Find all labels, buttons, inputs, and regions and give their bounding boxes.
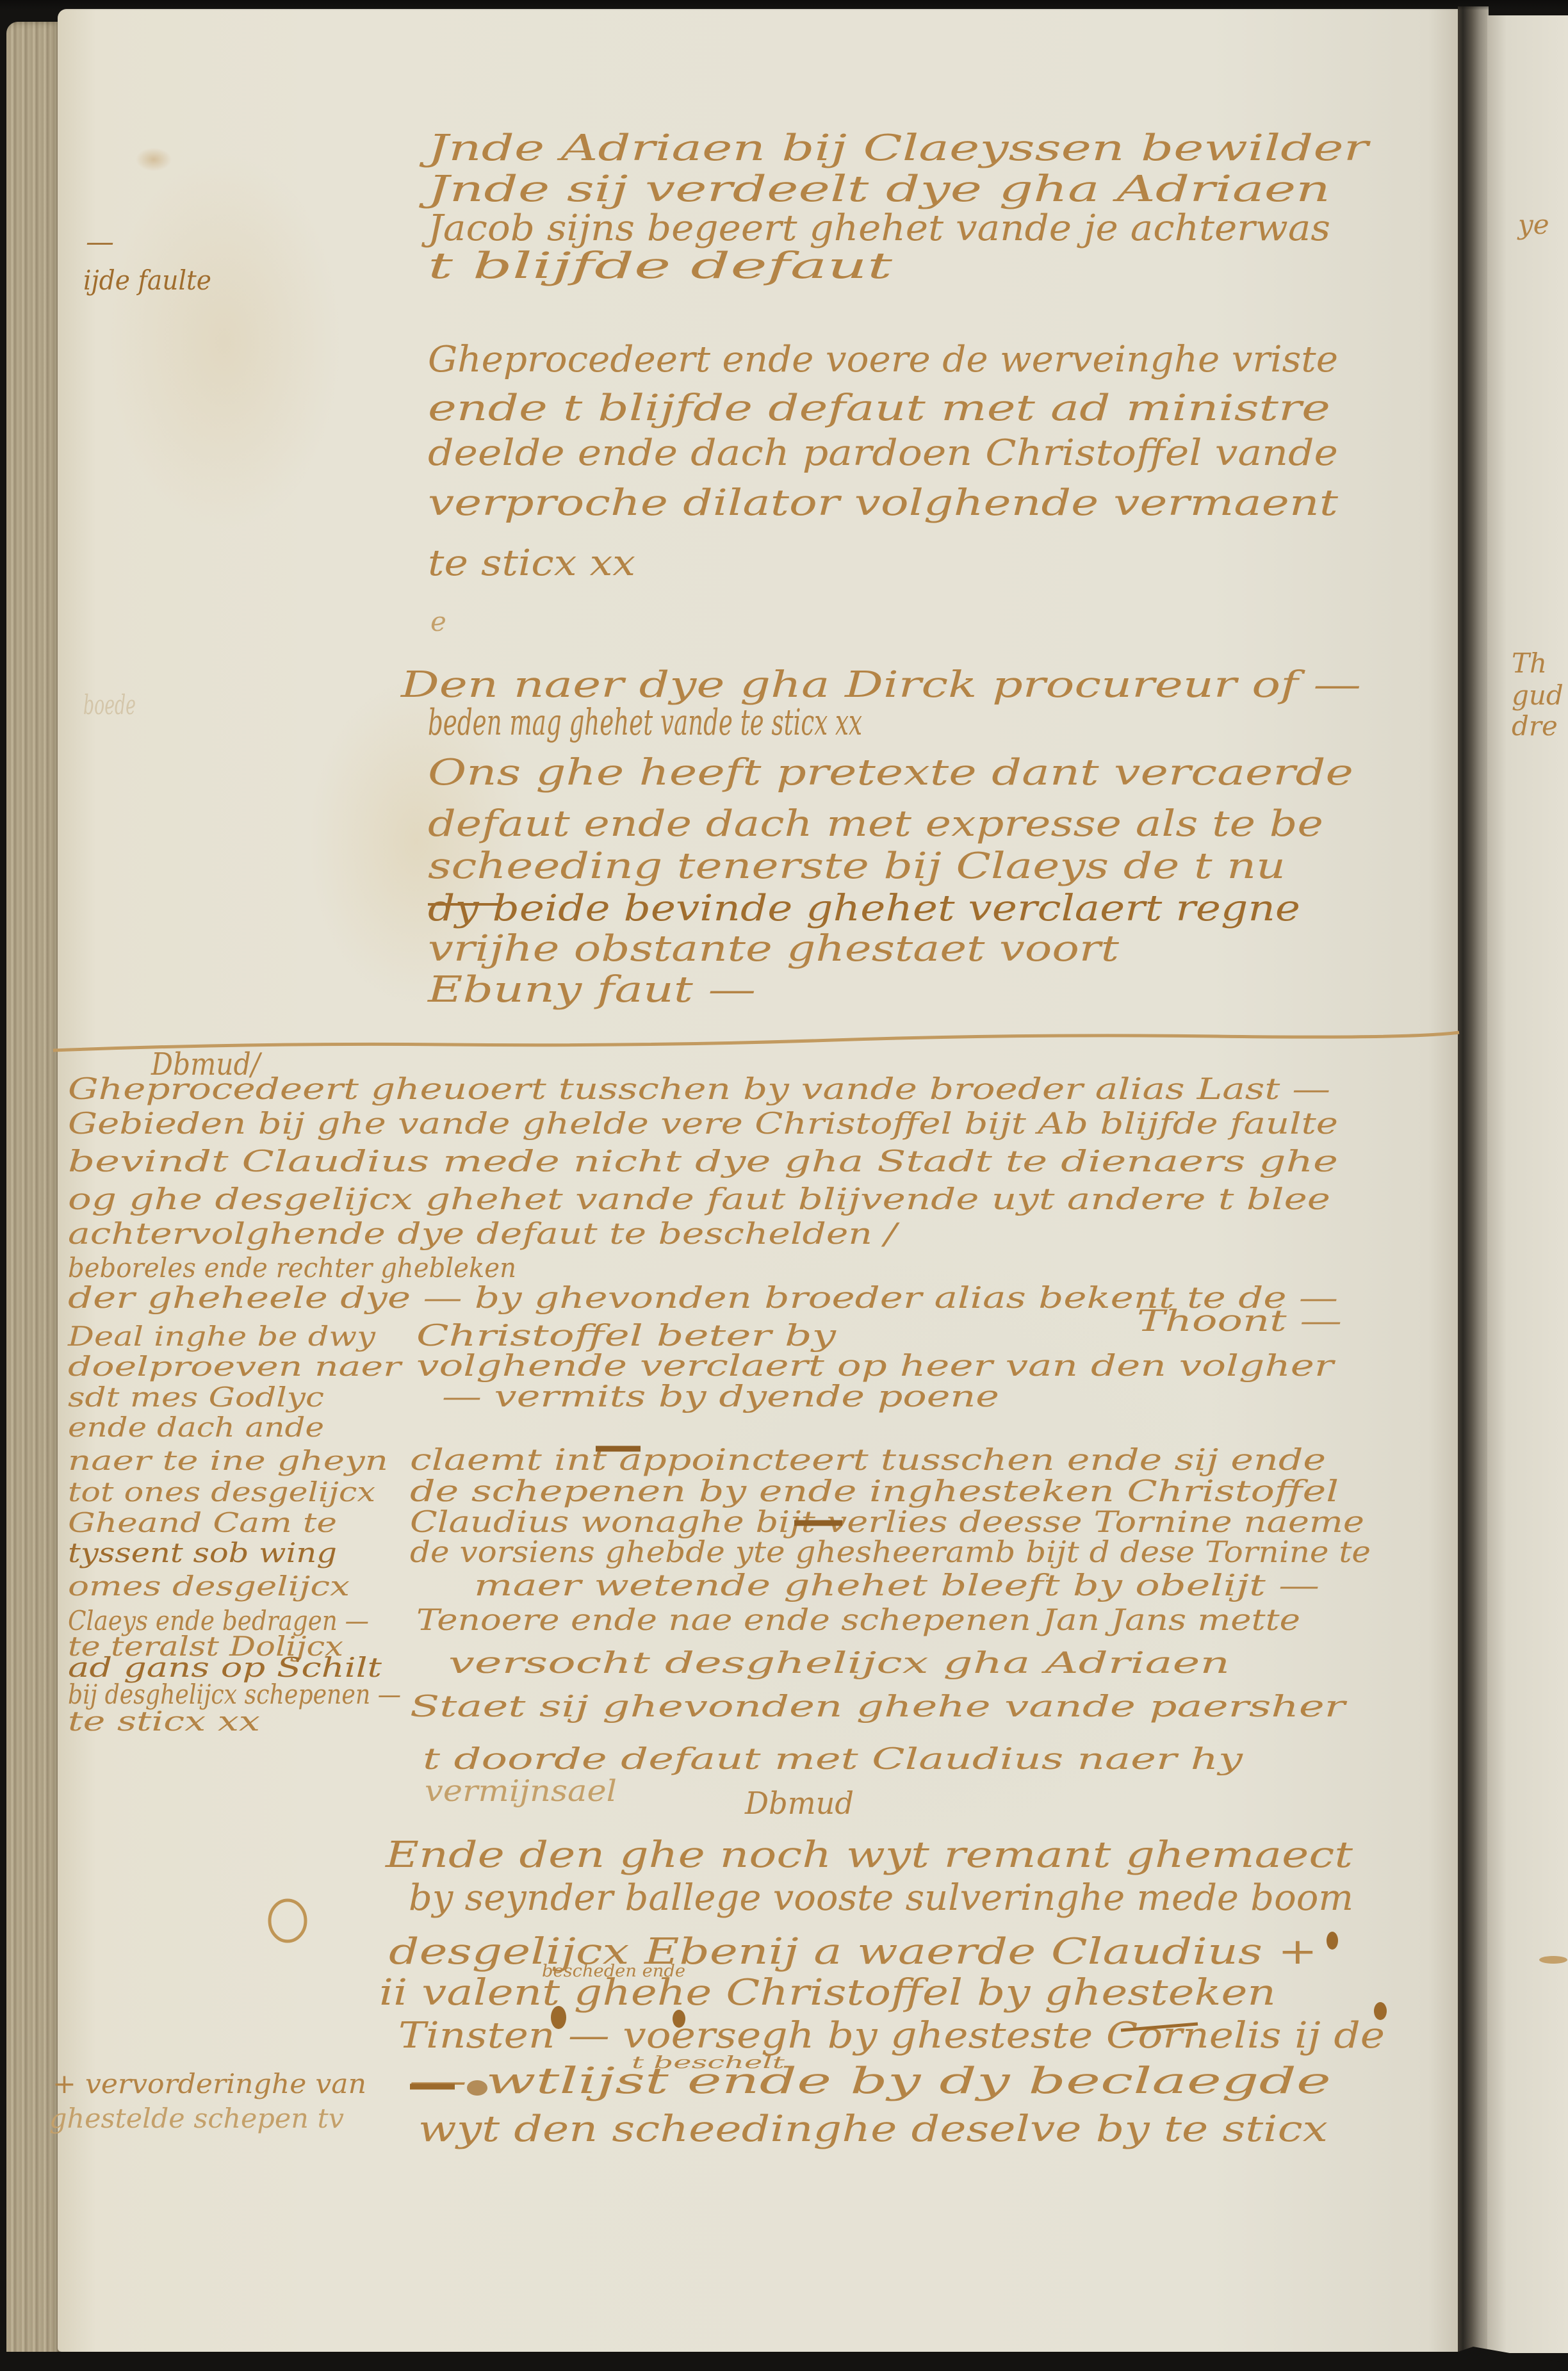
manuscript-line: bevindt Claudius mede nicht dye gha Stad… <box>68 1144 1338 1178</box>
entry-marker: e <box>430 606 446 637</box>
ink-blot <box>1327 1932 1338 1950</box>
manuscript-line: defaut ende dach met expresse als te be <box>428 803 1323 845</box>
manuscript-line: Gheprocedeert ende voere de werveinghe v… <box>428 339 1338 380</box>
margin-note: ghestelde schepen tv <box>49 2103 344 2134</box>
manuscript-fragment: dre <box>1512 710 1558 742</box>
margin-note: sdt mes Godlyc <box>68 1381 324 1413</box>
manuscript-fragment: ye <box>1517 209 1549 240</box>
section-divider-rule <box>53 1032 1459 1050</box>
manuscript-line: wyt den scheedinghe deselve by te sticx <box>418 2108 1328 2150</box>
manuscript-line: Tenoere ende nae ende schepenen Jan Jans… <box>416 1602 1300 1637</box>
ink-blot <box>467 2080 487 2096</box>
manuscript-line: dy beide bevinde ghehet verclaert regne <box>428 888 1300 929</box>
manuscript-line: maer wetende ghehet bleeft by obelijt — <box>474 1568 1319 1602</box>
manuscript-line: Den naer dye gha Dirck procureur of — <box>400 664 1361 706</box>
manuscript-line: Christoffel beter by <box>416 1318 837 1353</box>
margin-note: beboreles ende rechter ghebleken <box>68 1252 516 1283</box>
manuscript-line: og ghe desgelijcx ghehet vande faut blij… <box>68 1182 1330 1216</box>
manuscript-ink-layer: Jnde Adriaen bij Claeyssen bewilder Jnde… <box>0 0 1568 2371</box>
ink-blot <box>551 2006 566 2029</box>
entry-2: Gheprocedeert ende voere de werveinghe v… <box>428 339 1339 584</box>
margin-note: omes desgelijcx <box>68 1570 350 1602</box>
manuscript-line: ii valent ghehe Christoffel by ghesteken <box>379 1972 1276 2014</box>
manuscript-line: beden mag ghehet vande te sticx xx <box>428 702 862 744</box>
manuscript-line: de vorsiens ghebde yte ghesheeramb bijt … <box>410 1535 1371 1569</box>
margin-note: Gheand Cam te <box>68 1507 337 1538</box>
circle-mark-icon <box>270 1900 306 1941</box>
section-heading: Dbmud <box>744 1786 854 1821</box>
margin-note: ijde faulte <box>83 265 211 296</box>
manuscript-line: — wtlijst ende by dy beclaegde <box>409 2060 1331 2102</box>
entry-3: Den naer dye gha Dirck procureur of — be… <box>83 664 1361 1011</box>
manuscript-line: Gheprocedeert gheuoert tusschen by vande… <box>68 1071 1330 1106</box>
manuscript-line: Ebuny faut — <box>427 969 756 1011</box>
manuscript-line: Jnde Adriaen bij Claeyssen bewilder <box>419 127 1371 169</box>
manuscript-line: de schepenen by ende inghesteken Christo… <box>410 1474 1339 1508</box>
manuscript-line: t blijfde defaut <box>428 245 893 287</box>
ink-blot <box>673 2010 685 2028</box>
manuscript-line: te sticx xx <box>428 542 635 584</box>
manuscript-line: ende t blijfde defaut met ad ministre <box>428 387 1330 429</box>
manuscript-fragment: Th <box>1512 648 1547 679</box>
ink-mark <box>1539 1956 1567 1964</box>
margin-note: tyssent sob wing <box>68 1537 337 1568</box>
manuscript-line: Jnde sij verdeelt dye gha Adriaen <box>418 168 1330 210</box>
manuscript-line: Tinsten — voersegh by ghesteste Cornelis… <box>398 2015 1385 2057</box>
manuscript-line: Claudius wonaghe bijt verlies deesse Tor… <box>410 1504 1364 1539</box>
ink-blot <box>1374 2002 1387 2020</box>
manuscript-line: Staet sij ghevonden ghehe vande paersher <box>410 1689 1348 1723</box>
manuscript-line: deelde ende dach pardoen Christoffel van… <box>428 432 1338 474</box>
manuscript-line: volghende verclaert op heer van den volg… <box>416 1348 1336 1383</box>
manuscript-line: — vermits by dyende poene <box>442 1379 999 1414</box>
manuscript-line: Ons ghe heeft pretexte dant vercaerde <box>428 752 1353 794</box>
margin-note: + vervorderinghe van <box>53 2068 366 2099</box>
manuscript-line: versocht desghelijcx gha Adriaen <box>448 1645 1230 1680</box>
manuscript-line: t doorde defaut met Claudius naer hy <box>423 1741 1243 1776</box>
margin-note: te sticx xx <box>68 1706 260 1737</box>
margin-note: doelproeven naer <box>68 1351 404 1382</box>
closing-entry: Ende den ghe noch wyt remant ghemaect by… <box>49 1834 1387 2150</box>
manuscript-line: Gebieden bij ghe vande ghelde vere Chris… <box>68 1106 1338 1141</box>
manuscript-line: vrijhe obstante ghestaet voort <box>428 928 1120 970</box>
lower-entry: Gheprocedeert gheuoert tusschen by vande… <box>67 1071 1371 1808</box>
manuscript-line: Ende den ghe noch wyt remant ghemaect <box>385 1834 1353 1876</box>
margin-note: boede <box>83 689 136 721</box>
manuscript-line: claemt int appoincteert tusschen ende si… <box>410 1442 1326 1477</box>
bottom-shadow <box>0 2347 1568 2371</box>
manuscript-aside: Thoont — <box>1137 1303 1342 1338</box>
margin-note: Deal inghe be dwy <box>67 1321 377 1352</box>
manuscript-line: by seynder ballege vooste sulveringhe me… <box>409 1877 1353 1919</box>
manuscript-line: desgelijcx Ebenij a waerde Claudius + <box>389 1931 1318 1973</box>
manuscript-line: vermijnsael <box>425 1773 617 1808</box>
manuscript-line: verproche dilator volghende vermaent <box>428 482 1339 524</box>
entry-1: Jnde Adriaen bij Claeyssen bewilder Jnde… <box>83 127 1371 296</box>
margin-note: ende dach ande <box>68 1412 324 1443</box>
manuscript-fragment: gud <box>1512 680 1564 711</box>
margin-note: naer te ine gheyn <box>68 1445 388 1476</box>
right-page-fragments: ye Th gud dre <box>1512 209 1567 1964</box>
manuscript-line: scheeding tenerste bij Claeys de t nu <box>428 845 1286 887</box>
manuscript-line: Jacob sijns begeert ghehet vande je acht… <box>421 208 1330 249</box>
manuscript-line: achtervolghende dye defaut te beschelden… <box>68 1216 901 1251</box>
margin-note: tot ones desgelijcx <box>68 1476 375 1508</box>
margin-overbar: — <box>86 226 114 257</box>
